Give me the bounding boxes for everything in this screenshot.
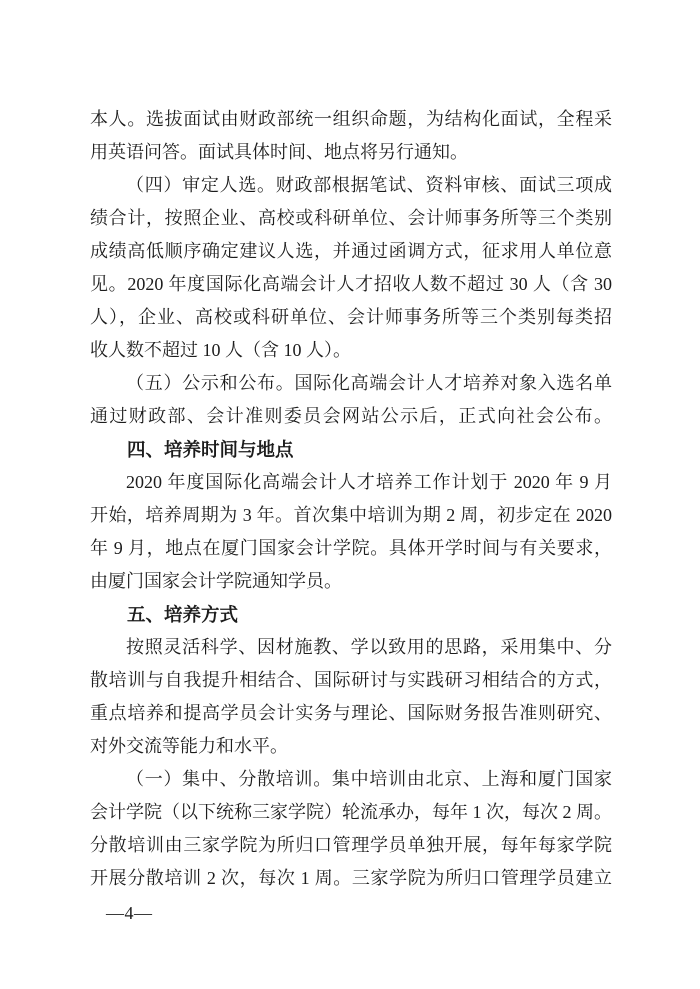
text-line: 重点培养和提高学员会计实务与理论、国际财务报告准则研究、 [90, 697, 612, 730]
text-line: 对外交流等能力和水平。 [90, 730, 612, 763]
text-line: 按照灵活科学、因材施教、学以致用的思路，采用集中、分 [90, 631, 612, 664]
section-heading-training-time-location: 四、培养时间与地点 [90, 433, 612, 466]
page-number: —4— [106, 901, 153, 925]
text-line: 开始，培养周期为 3 年。首次集中培训为期 2 周，初步定在 2020 [90, 499, 612, 532]
section-heading-training-method: 五、培养方式 [90, 598, 612, 631]
text-line: 本人。选拔面试由财政部统一组织命题，为结构化面试，全程采 [90, 103, 612, 136]
text-line: 年 9 月，地点在厦门国家会计学院。具体开学时间与有关要求， [90, 532, 612, 565]
text-line: 见。2020 年度国际化高端会计人才招收人数不超过 30 人（含 30 [90, 268, 612, 301]
text-line: 绩合计，按照企业、高校或科研单位、会计师事务所等三个类别 [90, 202, 612, 235]
text-line: 用英语问答。面试具体时间、地点将另行通知。 [90, 136, 612, 169]
document-body: 本人。选拔面试由财政部统一组织命题，为结构化面试，全程采 用英语问答。面试具体时… [90, 103, 612, 895]
document-page: 本人。选拔面试由财政部统一组织命题，为结构化面试，全程采 用英语问答。面试具体时… [0, 0, 700, 989]
text-line: （四）审定人选。财政部根据笔试、资料审核、面试三项成 [90, 169, 612, 202]
text-line: 通过财政部、会计准则委员会网站公示后，正式向社会公布。 [90, 400, 612, 433]
text-line: 会计学院（以下统称三家学院）轮流承办，每年 1 次，每次 2 周。 [90, 796, 612, 829]
text-line: 散培训与自我提升相结合、国际研讨与实践研习相结合的方式， [90, 664, 612, 697]
text-line: 人），企业、高校或科研单位、会计师事务所等三个类别每类招 [90, 301, 612, 334]
text-line: 分散培训由三家学院为所归口管理学员单独开展，每年每家学院 [90, 829, 612, 862]
text-line: 收人数不超过 10 人（含 10 人）。 [90, 334, 612, 367]
text-line: （一）集中、分散培训。集中培训由北京、上海和厦门国家 [90, 763, 612, 796]
text-line: 由厦门国家会计学院通知学员。 [90, 565, 612, 598]
text-line: 成绩高低顺序确定建议人选，并通过函调方式，征求用人单位意 [90, 235, 612, 268]
text-line: （五）公示和公布。国际化高端会计人才培养对象入选名单 [90, 367, 612, 400]
text-line: 2020 年度国际化高端会计人才培养工作计划于 2020 年 9 月 [90, 466, 612, 499]
text-line: 开展分散培训 2 次，每次 1 周。三家学院为所归口管理学员建立 [90, 862, 612, 895]
